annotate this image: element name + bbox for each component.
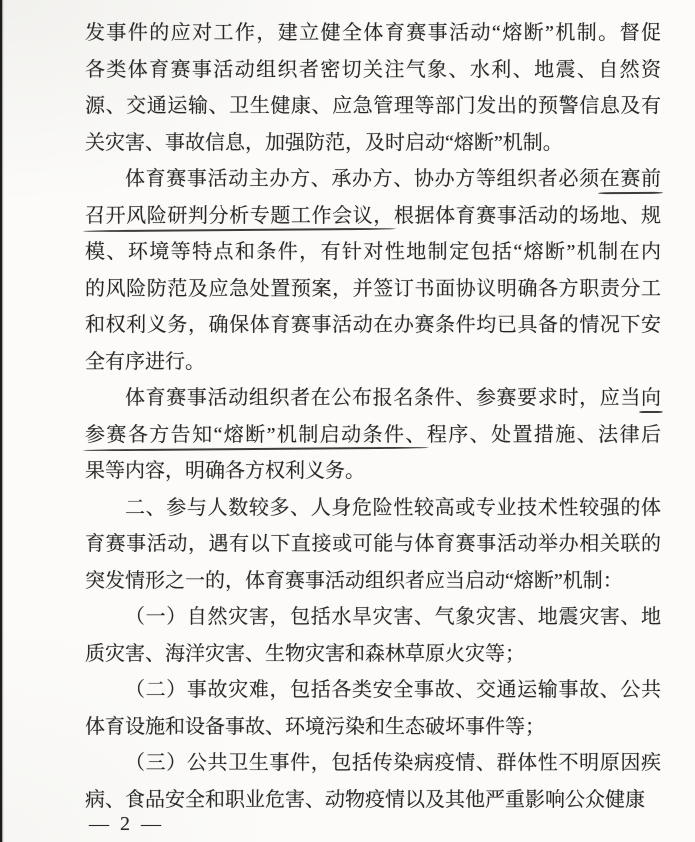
underlined-text-segment: 向 — [641, 387, 661, 409]
scanned-document-page: 发事件的应对工作，建立健全体育赛事活动“熔断”机制。督促各类体育赛事活动组织者密… — [0, 0, 695, 842]
text-line: 二、参与人数较多、人身危险性较高或专业技术性较强的体 — [85, 490, 661, 527]
text-segment: 各类体育赛事活动组织者密切关注气象、水利、地震、自然资 — [85, 59, 661, 81]
text-line: 体育赛事活动主办方、承办方、协办方等组织者必须在赛前 — [85, 161, 661, 198]
text-line: 发事件的应对工作，建立健全体育赛事活动“熔断”机制。督促 — [85, 15, 661, 52]
text-segment: 根据体育赛事活动的场地、规 — [394, 205, 661, 227]
text-segment: 果等内容，明确各方权利义务。 — [85, 460, 365, 482]
text-segment: 体育赛事活动组织者在公布报名条件、参赛要求时，应当 — [125, 387, 641, 409]
text-segment: （三）公共卫生事件，包括传染病疫情、群体性不明原因疾 — [125, 752, 661, 774]
text-segment: 程序、处置措施、法律后 — [427, 424, 661, 446]
text-segment: 关灾害、事故信息，加强防范，及时启动“熔断”机制。 — [85, 132, 563, 154]
text-line: 果等内容，明确各方权利义务。 — [85, 453, 661, 490]
text-segment: 育赛事活动，遇有以下直接或可能与体育赛事活动举办相关联的 — [85, 533, 661, 555]
underlined-text-segment: 参赛各方告知“熔断”机制启动条件、 — [85, 424, 427, 446]
text-line: 体育赛事活动组织者在公布报名条件、参赛要求时，应当向 — [85, 380, 661, 417]
text-line: 模、环境等特点和条件，有针对性地制定包括“熔断”机制在内 — [85, 234, 661, 271]
text-segment: 模、环境等特点和条件，有针对性地制定包括“熔断”机制在内 — [85, 241, 661, 263]
text-segment: 体育赛事活动主办方、承办方、协办方等组织者必须 — [125, 168, 600, 190]
text-line: 病、食品安全和职业危害、动物疫情以及其他严重影响公众健康 — [85, 782, 661, 819]
text-line: 和权利义务，确保体育赛事活动在办赛条件均已具备的情况下安 — [85, 307, 661, 344]
text-segment: 突发情形之一的，体育赛事活动组织者应当启动“熔断”机制： — [85, 570, 623, 592]
page-number: — 2 — — [89, 813, 164, 836]
text-segment: 体育设施和设备事故、环境污染和生态破坏事件等； — [85, 716, 545, 738]
text-line: （一）自然灾害，包括水旱灾害、气象灾害、地震灾害、地 — [85, 599, 661, 636]
text-segment: 的风险防范及应急处置预案，并签订书面协议明确各方职责分工 — [85, 278, 661, 300]
text-line: 各类体育赛事活动组织者密切关注气象、水利、地震、自然资 — [85, 52, 661, 89]
text-segment: 源、交通运输、卫生健康、应急管理等部门发出的预警信息及有 — [85, 95, 661, 117]
text-line: 突发情形之一的，体育赛事活动组织者应当启动“熔断”机制： — [85, 563, 661, 600]
text-line: 参赛各方告知“熔断”机制启动条件、程序、处置措施、法律后 — [85, 417, 661, 454]
text-segment: 病、食品安全和职业危害、动物疫情以及其他严重影响公众健康 — [85, 789, 645, 811]
scan-edge-artifact — [0, 0, 5, 842]
underlined-text-segment: 在赛前 — [600, 168, 661, 190]
text-line: 的风险防范及应急处置预案，并签订书面协议明确各方职责分工 — [85, 271, 661, 308]
text-segment: 发事件的应对工作，建立健全体育赛事活动“熔断”机制。督促 — [85, 22, 661, 44]
text-segment: 二、参与人数较多、人身危险性较高或专业技术性较强的体 — [125, 497, 661, 519]
underlined-text-segment: 召开风险研判分析专题工作会议， — [85, 205, 394, 227]
text-line: 育赛事活动，遇有以下直接或可能与体育赛事活动举办相关联的 — [85, 526, 661, 563]
text-line: （三）公共卫生事件，包括传染病疫情、群体性不明原因疾 — [85, 745, 661, 782]
text-line: 体育设施和设备事故、环境污染和生态破坏事件等； — [85, 709, 661, 746]
text-segment: 质灾害、海洋灾害、生物灾害和森林草原火灾等； — [85, 643, 525, 665]
text-line: 关灾害、事故信息，加强防范，及时启动“熔断”机制。 — [85, 125, 661, 162]
text-segment: 和权利义务，确保体育赛事活动在办赛条件均已具备的情况下安 — [85, 314, 661, 336]
text-line: 源、交通运输、卫生健康、应急管理等部门发出的预警信息及有 — [85, 88, 661, 125]
text-line: 召开风险研判分析专题工作会议，根据体育赛事活动的场地、规 — [85, 198, 661, 235]
text-segment: （二）事故灾难，包括各类安全事故、交通运输事故、公共 — [125, 679, 661, 701]
document-text: 发事件的应对工作，建立健全体育赛事活动“熔断”机制。督促各类体育赛事活动组织者密… — [85, 15, 661, 818]
text-line: 质灾害、海洋灾害、生物灾害和森林草原火灾等； — [85, 636, 661, 673]
text-line: （二）事故灾难，包括各类安全事故、交通运输事故、公共 — [85, 672, 661, 709]
text-segment: 全有序进行。 — [85, 351, 205, 373]
text-segment: （一）自然灾害，包括水旱灾害、气象灾害、地震灾害、地 — [125, 606, 661, 628]
text-line: 全有序进行。 — [85, 344, 661, 381]
